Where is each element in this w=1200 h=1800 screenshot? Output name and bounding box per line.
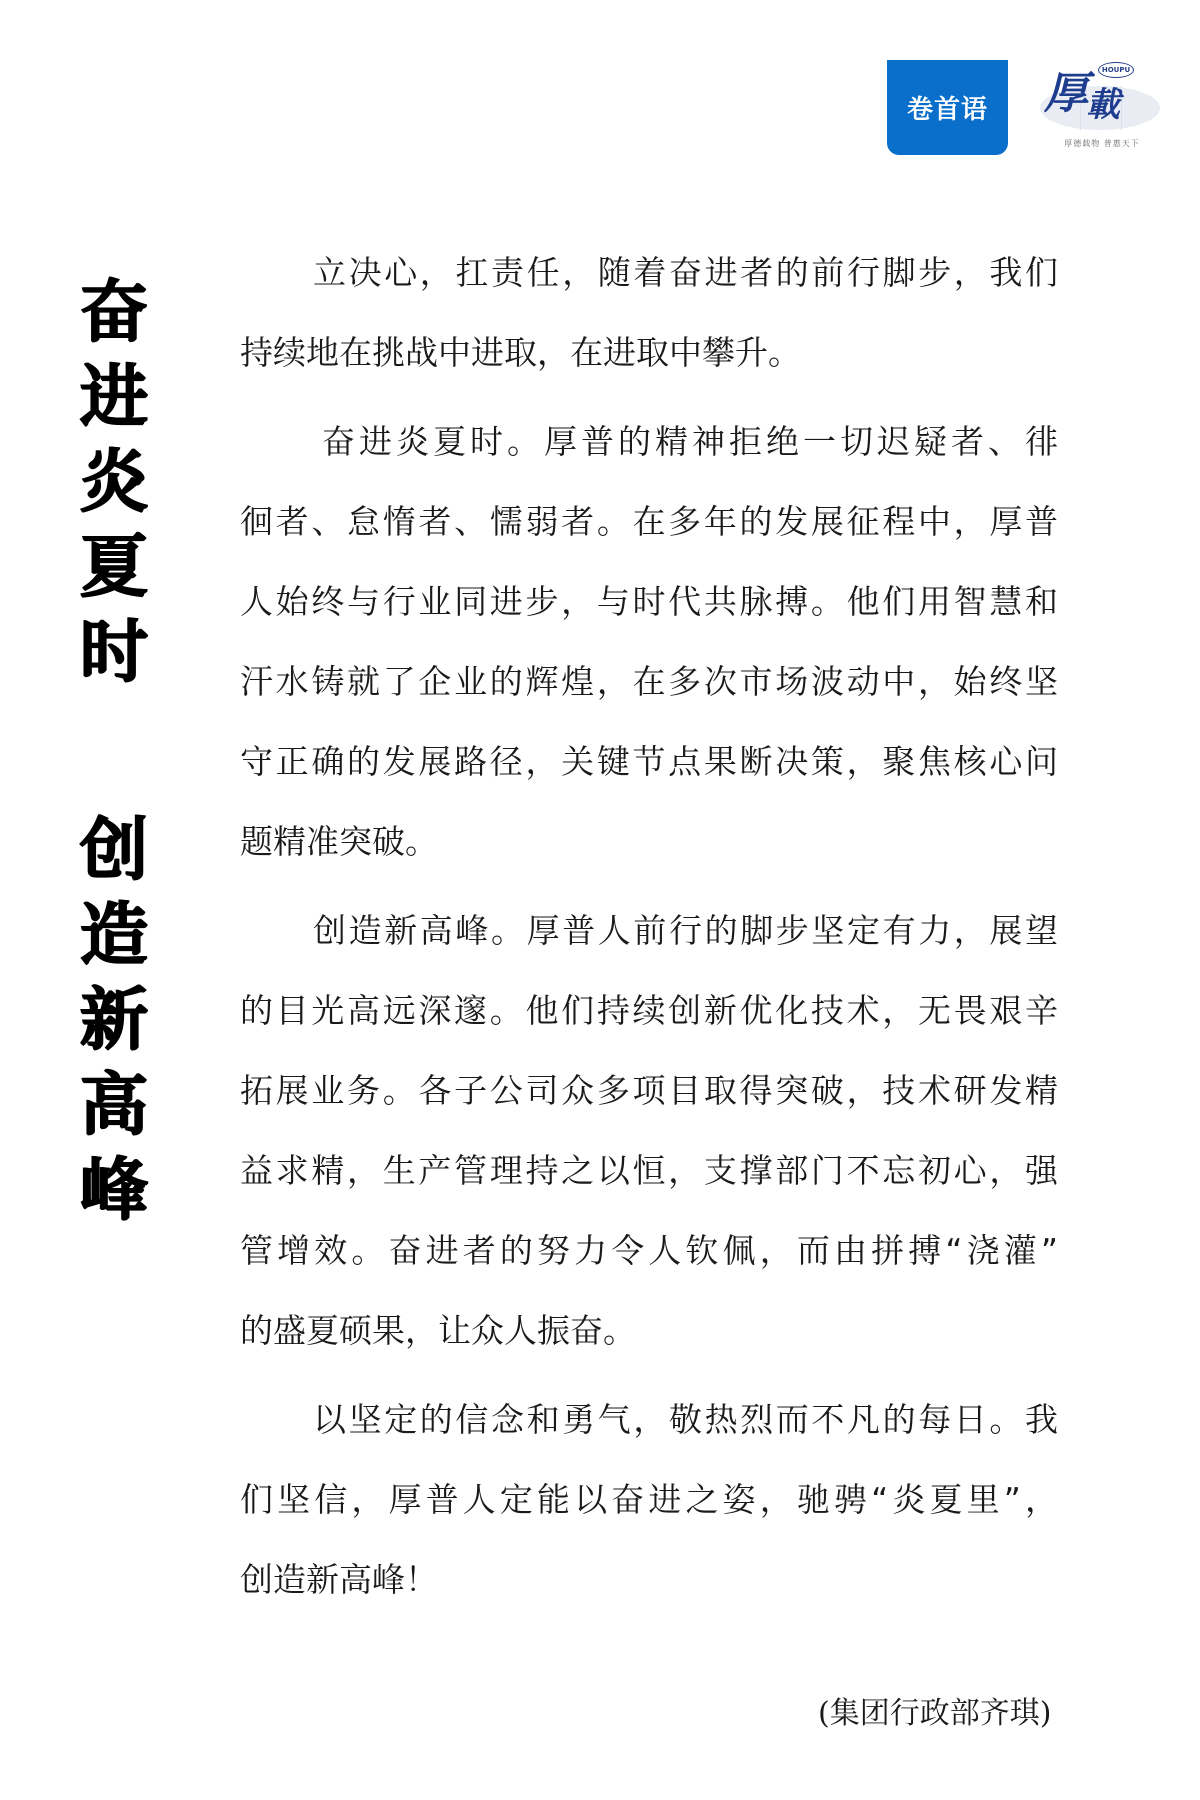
section-tab: 卷首语: [887, 60, 1008, 155]
logo-char-1: 厚: [1044, 68, 1086, 119]
logo-slogan: 厚德载物 普惠天下: [1042, 138, 1162, 149]
paragraph-3-line: 管增效。奋进者的努力令人钦佩，而由拼搏“浇灌”: [240, 1231, 1058, 1271]
paragraph-4-line: 以坚定的信念和勇气，敬热烈而不凡的每日。我: [313, 1400, 1058, 1440]
paragraph-3-line: 益求精，生产管理持之以恒，支撑部门不忘初心，强: [240, 1151, 1058, 1191]
paragraph-3-line: 拓展业务。各子公司众多项目取得突破，技术研发精: [240, 1071, 1058, 1111]
title-char: 夏: [80, 525, 148, 610]
title-char: 炎: [80, 440, 148, 525]
vertical-title-column-2: 创 造 新 高 峰: [74, 808, 154, 1233]
company-logo: HOUPU 厚載 厚德载物 普惠天下: [1030, 58, 1170, 158]
paragraph-2-line: 汗水铸就了企业的辉煌，在多次市场波动中，始终坚: [240, 662, 1058, 702]
title-char: 奋: [80, 270, 148, 355]
vertical-title-column-1: 奋 进 炎 夏 时: [74, 270, 154, 695]
paragraph-2-line: 题精准突破。: [240, 822, 1058, 862]
paragraph-4-line: 创造新高峰！: [240, 1560, 1058, 1600]
logo-calligraphy: 厚載: [1044, 72, 1118, 122]
paragraph-1-line: 持续地在挑战中进取，在进取中攀升。: [240, 333, 1058, 373]
paragraph-3-line: 的盛夏硕果，让众人振奋。: [240, 1311, 1058, 1351]
title-char: 进: [80, 355, 148, 440]
title-char: 造: [80, 893, 148, 978]
title-char: 创: [80, 808, 148, 893]
title-char: 时: [80, 610, 148, 695]
paragraph-2-line: 徊者、怠惰者、懦弱者。在多年的发展征程中，厚普: [240, 502, 1058, 542]
author-signature: (集团行政部齐琪): [818, 1688, 1051, 1732]
paragraph-3-line: 创造新高峰。厚普人前行的脚步坚定有力，展望: [313, 911, 1058, 951]
paragraph-3-line: 的目光高远深邃。他们持续创新优化技术，无畏艰辛: [240, 991, 1058, 1031]
title-char: 峰: [80, 1148, 148, 1233]
title-char: 高: [80, 1063, 148, 1148]
paragraph-4-line: 们坚信，厚普人定能以奋进之姿，驰骋“炎夏里”，: [240, 1480, 1058, 1520]
section-tab-label: 卷首语: [907, 89, 988, 126]
paragraph-2-line: 奋进炎夏时。厚普的精神拒绝一切迟疑者、徘: [322, 422, 1058, 462]
paragraph-1-line: 立决心，扛责任，随着奋进者的前行脚步，我们: [313, 253, 1058, 293]
paragraph-2-line: 人始终与行业同进步，与时代共脉搏。他们用智慧和: [240, 582, 1058, 622]
title-char: 新: [80, 978, 148, 1063]
paragraph-2-line: 守正确的发展路径，关键节点果断决策，聚焦核心问: [240, 742, 1058, 782]
logo-char-2: 載: [1086, 85, 1118, 125]
